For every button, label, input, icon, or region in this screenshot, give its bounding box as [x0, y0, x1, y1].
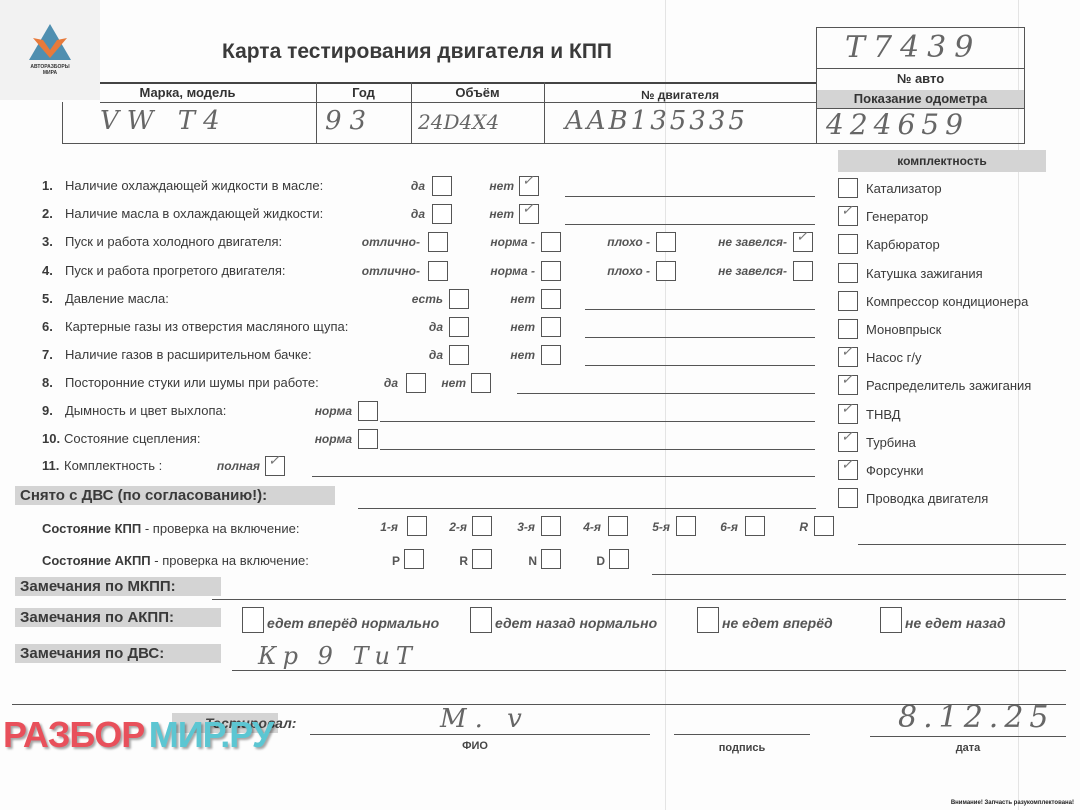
completeness-item-label: Карбюратор [866, 237, 940, 252]
completeness-checkbox[interactable]: ✓ [838, 347, 858, 367]
notes-line[interactable] [380, 449, 815, 450]
mkpp-remarks-label: Замечания по МКПП: [15, 577, 221, 596]
logo-mountain-icon [27, 22, 73, 62]
name-caption: ФИО [420, 740, 530, 752]
divider [816, 68, 1025, 69]
option-checkbox[interactable] [541, 261, 561, 281]
completeness-checkbox[interactable]: ✓ [838, 404, 858, 424]
option-label: нет [424, 179, 514, 193]
notes-line[interactable] [585, 365, 815, 366]
dvs-remarks-label: Замечания по ДВС: [15, 644, 221, 663]
completeness-item-label: Турбина [866, 435, 916, 450]
completeness-item-label: Генератор [866, 209, 928, 224]
option-label: норма - [445, 235, 535, 249]
gear-checkbox[interactable] [541, 549, 561, 569]
header-engine-no: № двигателя [544, 88, 816, 102]
option-label: норма - [445, 264, 535, 278]
car-number-label: № авто [816, 71, 1025, 86]
completeness-item-label: Распределитель зажигания [866, 378, 1031, 393]
gear-label: 3-я [495, 520, 535, 534]
question-number: 4. [42, 263, 53, 278]
manual-gearbox-line[interactable] [858, 544, 1066, 545]
gear-label: N [497, 554, 537, 568]
auto-gearbox-line[interactable] [652, 574, 1066, 575]
table-mid-line [100, 102, 816, 103]
question-text: Состояние сцепления: [64, 431, 200, 446]
akpp-option-checkbox[interactable] [880, 607, 902, 633]
manual-gearbox-title: Состояние КПП [42, 521, 141, 536]
option-label: да [335, 179, 425, 193]
akpp-option-label: едет назад нормально [495, 615, 657, 631]
question-number: 10. [42, 431, 60, 446]
question-number: 1. [42, 178, 53, 193]
option-label: нет [445, 320, 535, 334]
option-checkbox[interactable] [656, 232, 676, 252]
gear-checkbox[interactable] [745, 516, 765, 536]
question-text: Дымность и цвет выхлопа: [65, 403, 226, 418]
akpp-remarks-label: Замечания по АКПП: [15, 608, 221, 627]
option-label: плохо - [560, 264, 650, 278]
akpp-option-label: не едет назад [905, 615, 1006, 631]
option-checkbox[interactable]: ✓ [265, 456, 285, 476]
gear-label: D [565, 554, 605, 568]
completeness-checkbox[interactable] [838, 178, 858, 198]
gear-label: 4-я [561, 520, 601, 534]
completeness-item-label: Насос г/у [866, 350, 921, 365]
akpp-option-checkbox[interactable] [697, 607, 719, 633]
company-logo: АВТОРАЗБОРЫ МИРА [0, 0, 100, 100]
completeness-item-label: Катализатор [866, 181, 942, 196]
akpp-option-checkbox[interactable] [470, 607, 492, 633]
header-make-model: Марка, модель [100, 85, 275, 100]
gear-checkbox[interactable] [472, 549, 492, 569]
question-text: Пуск и работа холодного двигателя: [65, 234, 282, 249]
table-top-line [100, 82, 816, 84]
table-bottom-line [62, 143, 816, 144]
option-checkbox[interactable]: ✓ [519, 176, 539, 196]
option-label: да [353, 320, 443, 334]
option-label: отлично- [330, 264, 420, 278]
gear-checkbox[interactable] [407, 516, 427, 536]
completeness-checkbox[interactable]: ✓ [838, 432, 858, 452]
notes-line[interactable] [565, 196, 815, 197]
table-divider [316, 82, 317, 144]
question-text: Картерные газы из отверстия масляного щу… [65, 319, 348, 334]
manual-gearbox-label: Состояние КПП - проверка на включение: [42, 521, 299, 536]
akpp-option-checkbox[interactable] [242, 607, 264, 633]
completeness-checkbox[interactable]: ✓ [838, 206, 858, 226]
gear-label: P [360, 554, 400, 568]
signature-line[interactable] [674, 734, 810, 735]
completeness-checkbox[interactable] [838, 291, 858, 311]
removed-line[interactable] [358, 508, 816, 509]
completeness-checkbox[interactable] [838, 488, 858, 508]
header-volume: Объём [411, 85, 544, 100]
watermark-logo: РАЗБОР МИР.РУ [3, 714, 273, 756]
mkpp-remarks-line[interactable] [212, 599, 1066, 600]
completeness-item-label: Проводка двигателя [866, 491, 988, 506]
completeness-item-label: ТНВД [866, 407, 901, 422]
auto-gearbox-subtitle: - проверка на включение: [151, 553, 309, 568]
table-divider [544, 82, 545, 144]
completeness-title: комплектность [838, 150, 1046, 172]
question-number: 7. [42, 347, 53, 362]
gear-label: R [428, 554, 468, 568]
watermark-part1: РАЗБОР [3, 714, 144, 755]
completeness-item-label: Компрессор кондиционера [866, 294, 1028, 309]
option-label: не завелся- [697, 264, 787, 278]
notes-line[interactable] [585, 309, 815, 310]
option-label: норма [262, 432, 352, 446]
odometer-label: Показание одометра [817, 90, 1024, 108]
question-text: Давление масла: [65, 291, 169, 306]
tester-name-value[interactable]: M. v [440, 704, 530, 734]
gear-label: 1-я [358, 520, 398, 534]
option-label: нет [424, 207, 514, 221]
notes-line[interactable] [565, 224, 815, 225]
question-number: 9. [42, 403, 53, 418]
question-text: Наличие охлаждающей жидкости в масле: [65, 178, 323, 193]
notes-line[interactable] [312, 476, 815, 477]
option-label: нет [445, 348, 535, 362]
option-checkbox[interactable]: ✓ [519, 204, 539, 224]
option-label: есть [353, 292, 443, 306]
completeness-item-label: Форсунки [866, 463, 923, 478]
question-number: 3. [42, 234, 53, 249]
option-label: не завелся- [697, 235, 787, 249]
notes-line[interactable] [517, 393, 815, 394]
question-number: 6. [42, 319, 53, 334]
watermark-part2: МИР.РУ [149, 714, 273, 755]
notes-line[interactable] [585, 337, 815, 338]
footer-note: Внимание! Запчасть разукомплектована! [951, 800, 1074, 806]
completeness-checkbox[interactable] [838, 319, 858, 339]
gear-checkbox[interactable] [472, 516, 492, 536]
question-number: 11. [42, 458, 59, 473]
question-text: Пуск и работа прогретого двигателя: [65, 263, 285, 278]
option-checkbox[interactable] [358, 401, 378, 421]
gear-label: 6-я [698, 520, 738, 534]
car-number-value[interactable]: T7439 [845, 30, 981, 65]
completeness-item-label: Катушка зажигания [866, 266, 983, 281]
gear-checkbox[interactable] [404, 549, 424, 569]
option-label: плохо - [560, 235, 650, 249]
option-label: норма [262, 404, 352, 418]
option-checkbox[interactable] [793, 261, 813, 281]
manual-gearbox-subtitle: - проверка на включение: [141, 521, 299, 536]
completeness-item-label: Моновпрыск [866, 322, 941, 337]
check-mark-icon: ✓ [841, 372, 853, 388]
check-mark-icon: ✓ [268, 453, 280, 469]
completeness-checkbox[interactable]: ✓ [838, 375, 858, 395]
option-checkbox[interactable] [358, 429, 378, 449]
name-line[interactable] [310, 734, 650, 735]
removed-label: Снято с ДВС (по согласованию!): [15, 486, 335, 505]
question-number: 5. [42, 291, 53, 306]
option-label: нет [445, 292, 535, 306]
check-mark-icon: ✓ [522, 201, 534, 217]
option-checkbox[interactable] [541, 345, 561, 365]
akpp-option-label: едет вперёд нормально [267, 615, 439, 631]
option-checkbox[interactable] [541, 289, 561, 309]
signature-caption: подпись [674, 742, 810, 754]
check-mark-icon: ✓ [522, 173, 534, 189]
option-label: да [353, 348, 443, 362]
option-label: отлично- [330, 235, 420, 249]
check-mark-icon: ✓ [796, 229, 808, 245]
gear-checkbox[interactable] [676, 516, 696, 536]
option-checkbox[interactable]: ✓ [793, 232, 813, 252]
volume-value[interactable]: 24D4X4 [418, 110, 499, 134]
check-mark-icon: ✓ [841, 429, 853, 445]
make-model-value[interactable]: VW T4 [100, 106, 228, 136]
question-text: Наличие масла в охлаждающей жидкости: [65, 206, 323, 221]
check-mark-icon: ✓ [841, 344, 853, 360]
header-year: Год [316, 85, 411, 100]
date-value[interactable]: 8.12.25 [898, 700, 1055, 735]
notes-line[interactable] [380, 421, 815, 422]
gear-label: 5-я [630, 520, 670, 534]
completeness-checkbox[interactable] [838, 263, 858, 283]
gear-checkbox[interactable] [541, 516, 561, 536]
question-number: 2. [42, 206, 53, 221]
completeness-checkbox[interactable]: ✓ [838, 460, 858, 480]
completeness-checkbox[interactable] [838, 234, 858, 254]
odometer-value[interactable]: 424659 [826, 108, 969, 141]
check-mark-icon: ✓ [841, 203, 853, 219]
option-checkbox[interactable] [541, 232, 561, 252]
question-text: Комплектность : [64, 458, 162, 473]
year-value[interactable]: 93 [325, 106, 374, 136]
gear-checkbox[interactable] [608, 516, 628, 536]
date-caption: дата [870, 742, 1066, 754]
gear-checkbox[interactable] [609, 549, 629, 569]
gear-label: 2-я [427, 520, 467, 534]
engine-no-value[interactable]: AAB135335 [565, 106, 748, 136]
check-mark-icon: ✓ [841, 401, 853, 417]
dvs-remarks-value[interactable]: Кр 9 ТиТ [258, 642, 418, 670]
question-text: Посторонние стуки или шумы при работе: [65, 375, 319, 390]
page-title: Карта тестирования двигателя и КПП [222, 40, 612, 64]
option-checkbox[interactable] [656, 261, 676, 281]
question-number: 8. [42, 375, 53, 390]
gear-checkbox[interactable] [814, 516, 834, 536]
option-label: да [335, 207, 425, 221]
option-checkbox[interactable] [471, 373, 491, 393]
option-label: полная [170, 459, 260, 473]
auto-gearbox-title: Состояние АКПП [42, 553, 151, 568]
check-mark-icon: ✓ [841, 457, 853, 473]
auto-gearbox-label: Состояние АКПП - проверка на включение: [42, 553, 309, 568]
date-line[interactable] [870, 736, 1066, 737]
option-checkbox[interactable] [541, 317, 561, 337]
table-left-border [62, 102, 63, 144]
akpp-option-label: не едет вперёд [722, 615, 833, 631]
logo-line2: МИРА [0, 70, 100, 76]
question-text: Наличие газов в расширительном бачке: [65, 347, 312, 362]
option-label: нет [376, 376, 466, 390]
dvs-remarks-line[interactable] [232, 670, 1066, 671]
table-divider [411, 82, 412, 144]
gear-label: R [768, 520, 808, 534]
